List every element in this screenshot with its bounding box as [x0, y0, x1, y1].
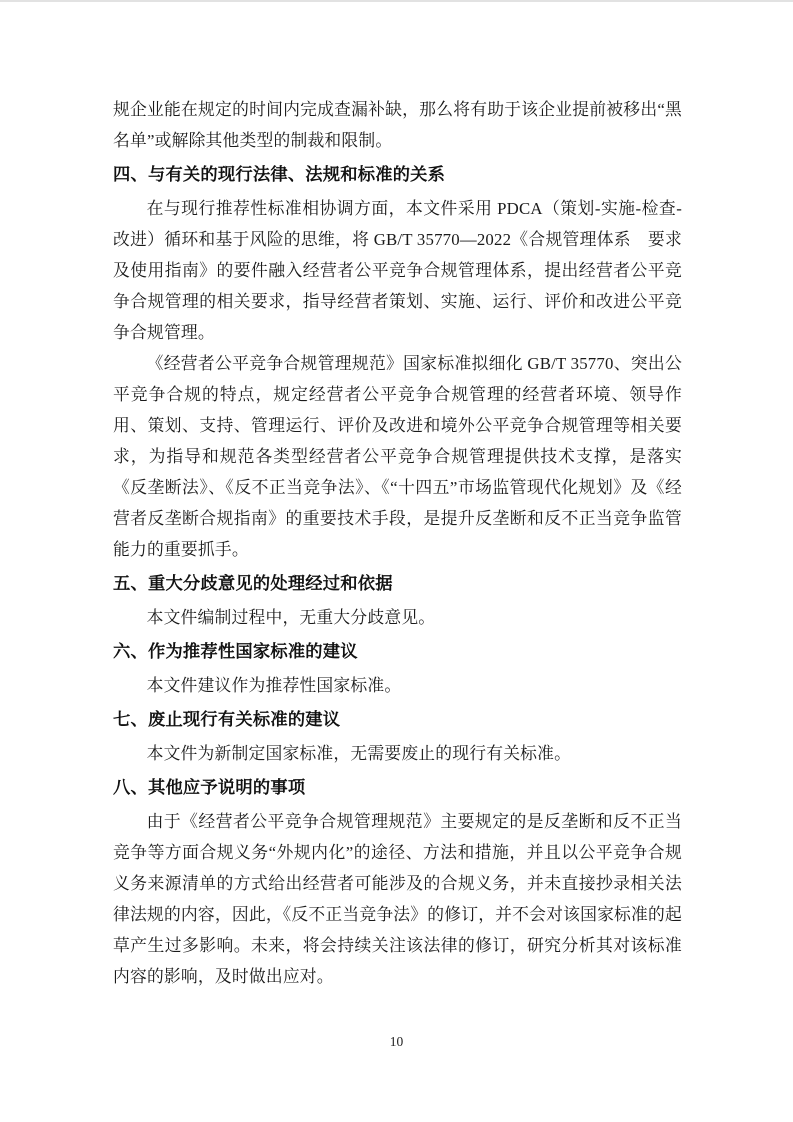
paragraph: 《经营者公平竞争合规管理规范》国家标准拟细化 GB/T 35770、突出公平竞争…	[113, 348, 682, 565]
section-heading-8: 八、其他应予说明的事项	[113, 772, 682, 803]
paragraph: 本文件为新制定国家标准，无需要废止的现行有关标准。	[113, 738, 682, 769]
section-heading-7: 七、废止现行有关标准的建议	[113, 704, 682, 735]
document-body: 规企业能在规定的时间内完成查漏补缺，那么将有助于该企业提前被移出“黑名单”或解除…	[113, 94, 682, 992]
page-number: 10	[0, 1034, 793, 1050]
document-page: 规企业能在规定的时间内完成查漏补缺，那么将有助于该企业提前被移出“黑名单”或解除…	[0, 0, 793, 1122]
page-top-edge	[0, 0, 793, 2]
paragraph: 由于《经营者公平竞争合规管理规范》主要规定的是反垄断和反不正当竞争等方面合规义务…	[113, 806, 682, 992]
section-heading-4: 四、与有关的现行法律、法规和标准的关系	[113, 159, 682, 190]
paragraph: 本文件编制过程中，无重大分歧意见。	[113, 602, 682, 633]
paragraph: 本文件建议作为推荐性国家标准。	[113, 670, 682, 701]
section-heading-6: 六、作为推荐性国家标准的建议	[113, 636, 682, 667]
section-heading-5: 五、重大分歧意见的处理经过和依据	[113, 568, 682, 599]
paragraph-continuation: 规企业能在规定的时间内完成查漏补缺，那么将有助于该企业提前被移出“黑名单”或解除…	[113, 94, 682, 156]
paragraph: 在与现行推荐性标准相协调方面，本文件采用 PDCA（策划-实施-检查-改进）循环…	[113, 193, 682, 348]
